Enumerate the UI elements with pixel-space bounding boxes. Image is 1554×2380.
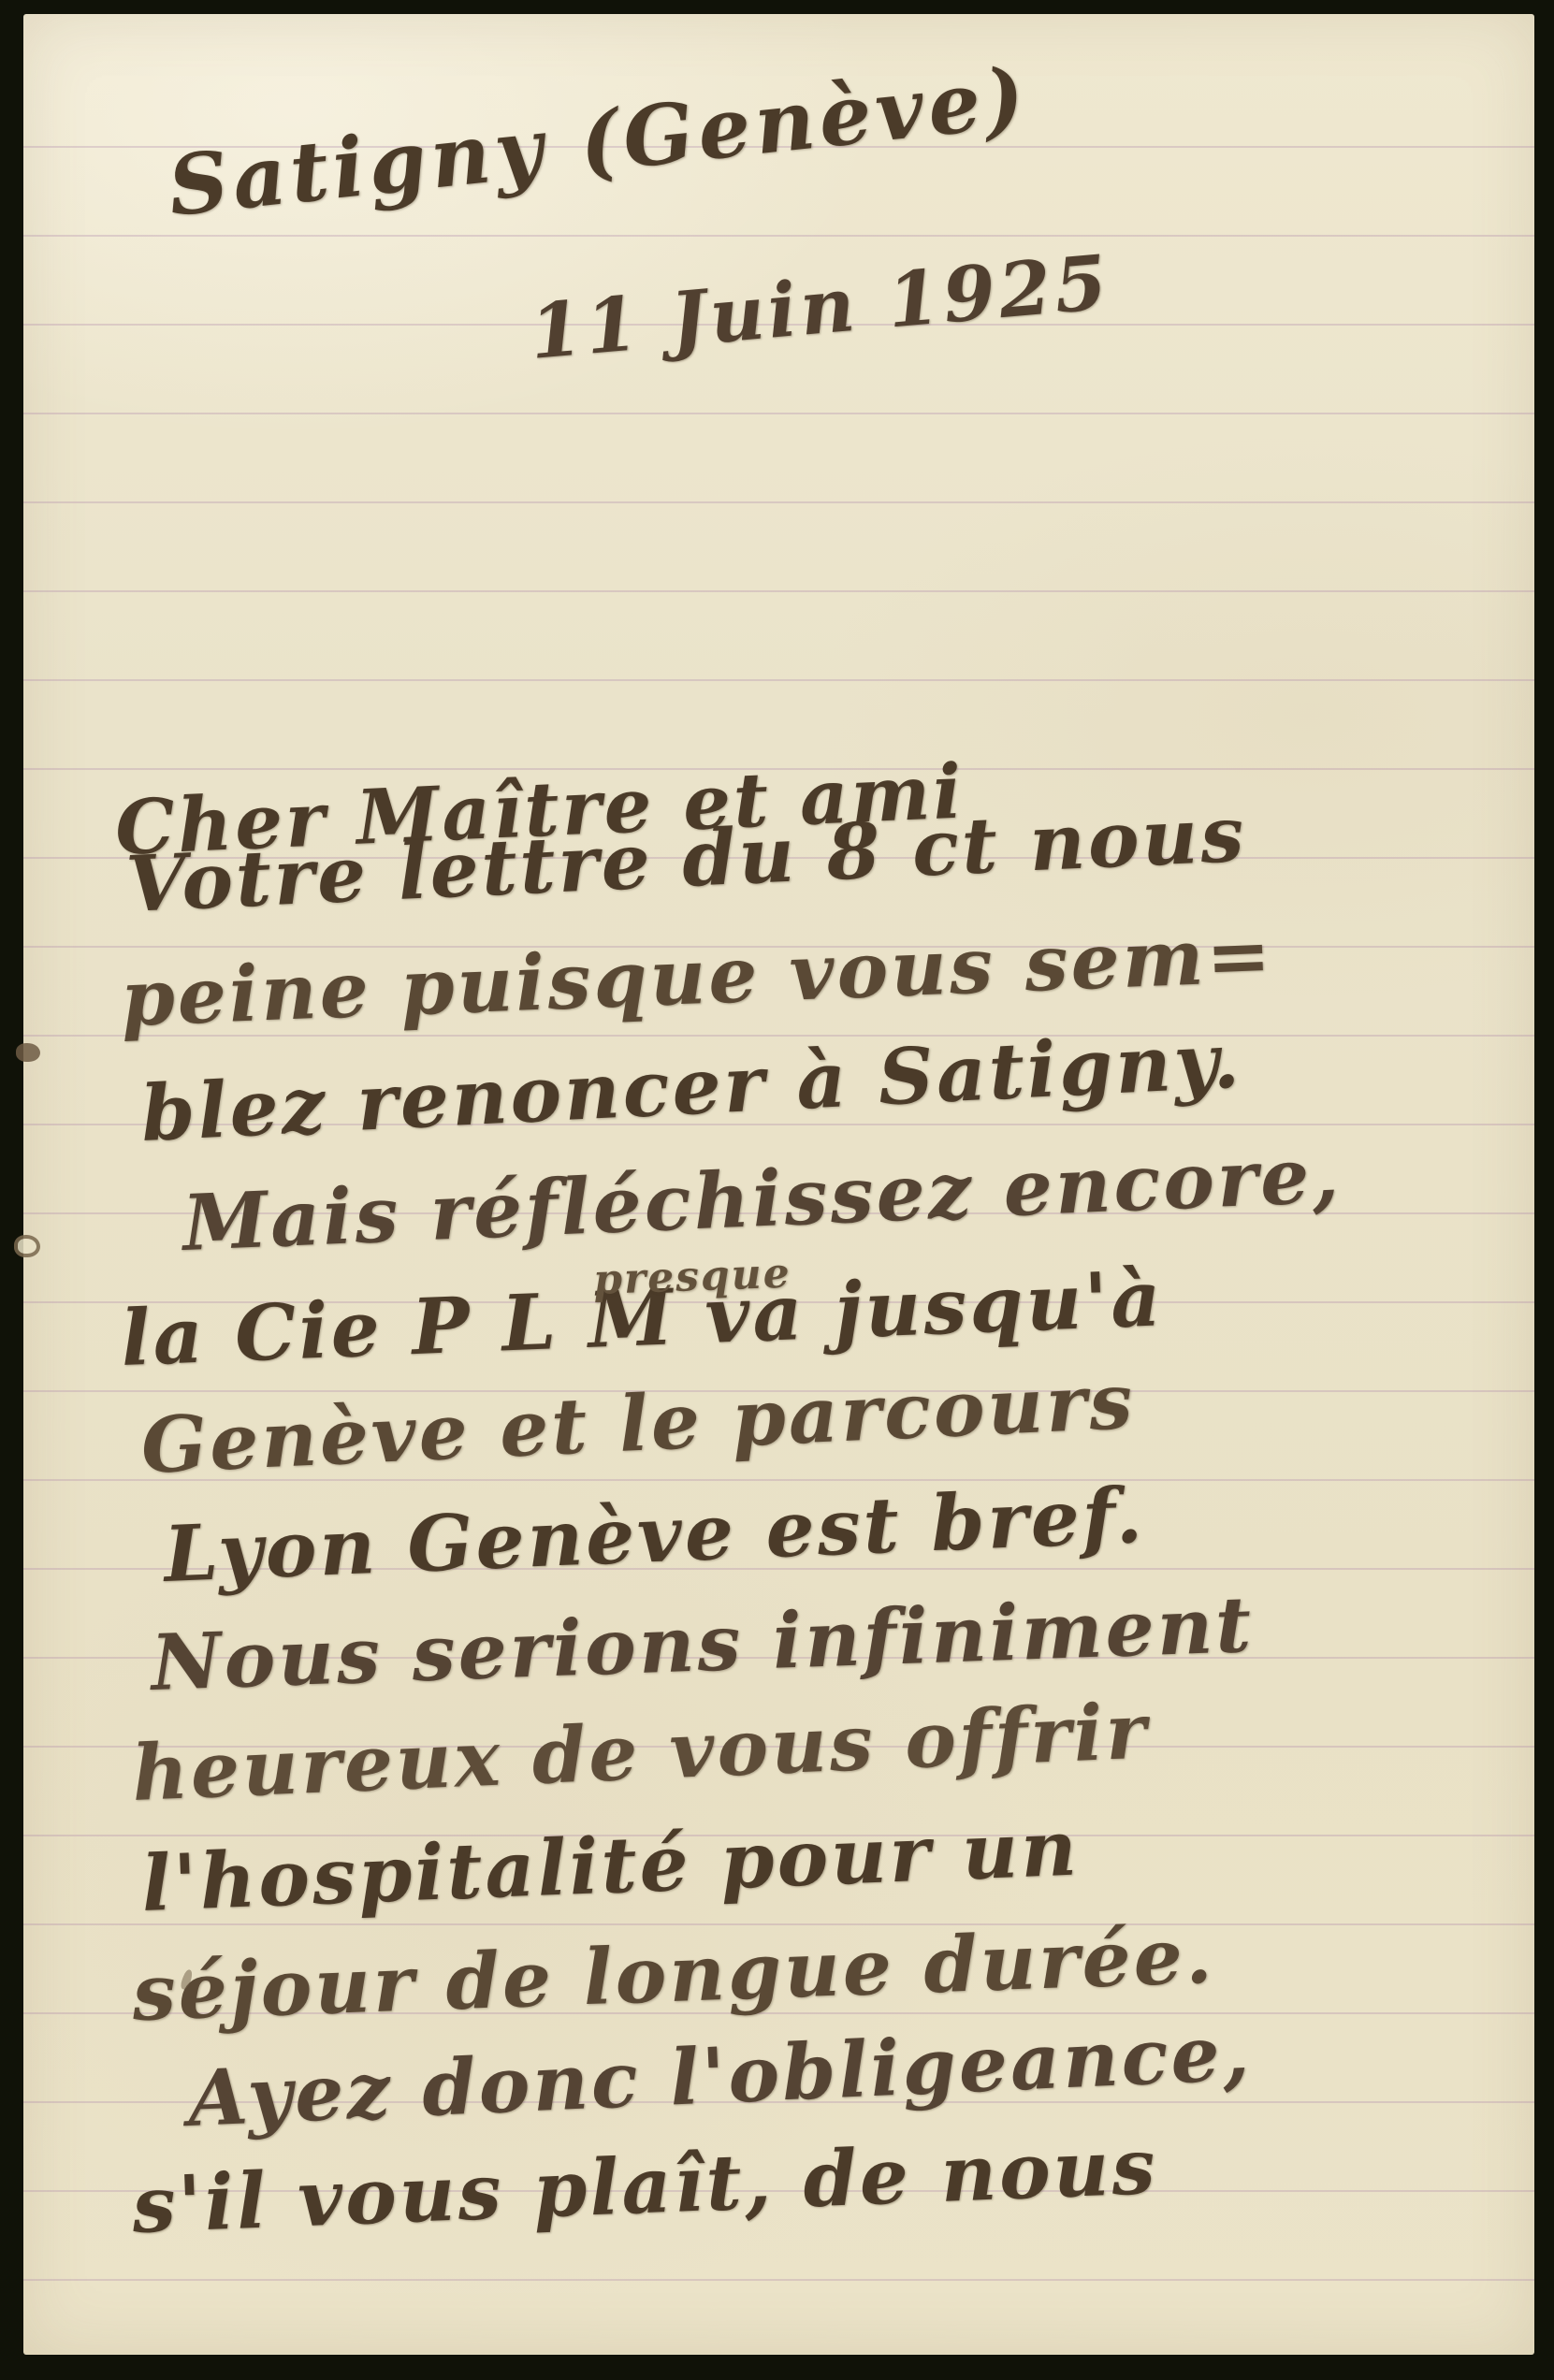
photo-frame: Satigny (Genève) 11 Juin 1925 Cher Maîtr… <box>0 0 1554 2380</box>
date-line: 11 Juin 1925 <box>527 244 1113 370</box>
body-line: heureux de vous offrir <box>131 1693 1151 1812</box>
body-line: Genève et le parcours <box>139 1363 1137 1485</box>
body-line: séjour de longue durée. <box>131 1918 1215 2032</box>
letter-paper: Satigny (Genève) 11 Juin 1925 Cher Maîtr… <box>23 14 1534 2355</box>
body-line: blez renoncer à Satigny. <box>139 1023 1243 1153</box>
body-line: s'il vous plaît, de nous <box>131 2128 1159 2244</box>
body-line: Lyon Genève est bref. <box>163 1477 1146 1593</box>
body-line: Mais réfléchissez encore, <box>182 1137 1343 1262</box>
body-line: Ayez donc l'obligeance, <box>186 2014 1253 2138</box>
ink-blot <box>16 1043 40 1062</box>
ink-blot <box>14 1235 40 1257</box>
body-line: l'hospitalité pour un <box>140 1810 1081 1923</box>
place-line: Satigny (Genève) <box>165 55 1033 227</box>
body-line: Nous serions infiniment <box>150 1587 1255 1702</box>
interlinear-insertion: presque <box>592 1254 792 1301</box>
body-line: peine puisque vous sem= <box>120 917 1275 1038</box>
